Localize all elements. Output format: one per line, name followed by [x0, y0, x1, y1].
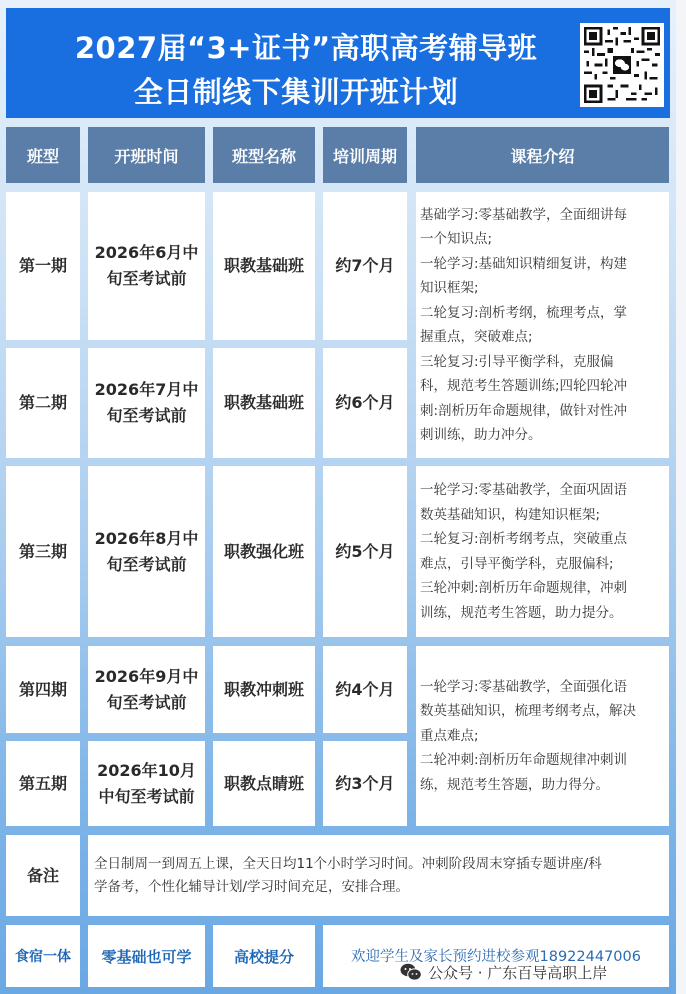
desc-line: 科，规范考生答题训练;四轮四轮冲	[420, 374, 663, 399]
header-duration: 培训周期	[323, 127, 407, 183]
title-line-1: 2027届“3+证书”高职高考辅导班	[36, 26, 576, 67]
row-3-start-time: 2026年8月中旬至考试前	[88, 466, 205, 637]
row-4-start-line-2: 旬至考试前	[95, 690, 199, 716]
notes-label: 备注	[6, 835, 80, 916]
row-5-start-line-2: 中旬至考试前	[97, 784, 196, 810]
row-4-period: 第四期	[6, 646, 80, 733]
desc-line: 二轮复习:剖析考纲考点，突破重点	[420, 527, 663, 552]
desc-line: 知识框架;	[420, 276, 663, 301]
qr-code-icon[interactable]	[580, 23, 664, 107]
course-intro-periods-1-2: 基础学习:零基础教学，全面细讲每 一个知识点; 一轮学习:基础知识精细复讲，构建…	[416, 192, 669, 458]
row-2-duration: 约6个月	[323, 348, 407, 458]
header-class-name: 班型名称	[213, 127, 315, 183]
desc-line: 二轮冲刺:剖析历年命题规律冲刺训	[420, 748, 663, 773]
row-4-start-time: 2026年9月中旬至考试前	[88, 646, 205, 733]
desc-line: 重点难点;	[420, 724, 663, 749]
row-1-period: 第一期	[6, 192, 80, 340]
row-4-duration: 约4个月	[323, 646, 407, 733]
desc-line: 基础学习:零基础教学，全面细讲每	[420, 203, 663, 228]
desc-line: 一个知识点;	[420, 227, 663, 252]
row-3-period: 第三期	[6, 466, 80, 637]
course-intro-period-3: 一轮学习:零基础教学，全面巩固语 数英基础知识，构建知识框架; 二轮复习:剖析考…	[416, 466, 669, 637]
feature-board-lodging: 食宿一体	[6, 925, 80, 987]
desc-line: 二轮复习:剖析考纲，梳理考点，掌	[420, 301, 663, 326]
row-4-start-line-1: 2026年9月中	[95, 664, 199, 690]
desc-line: 握重点，突破难点;	[420, 325, 663, 350]
row-3-start-line-1: 2026年8月中	[95, 526, 199, 552]
desc-line: 三轮冲刺:剖析历年命题规律，冲刺	[420, 576, 663, 601]
notes-line-1: 全日制周一到周五上课，全天日均11个小时学习时间。冲刺阶段周末穿插专题讲座/科	[94, 853, 602, 876]
title-line-2: 全日制线下集训开班计划	[26, 70, 566, 111]
notes-line-2: 学备考，个性化辅导计划/学习时间充足，安排合理。	[94, 876, 602, 899]
row-3-class-name: 职教强化班	[213, 466, 315, 637]
row-1-start-line-2: 旬至考试前	[95, 266, 199, 292]
desc-line: 训练，规范考生答题，助力提分。	[420, 601, 663, 626]
watermark-text: 公众号 · 广东百导高职上岸	[428, 962, 607, 983]
notes-text: 全日制周一到周五上课，全天日均11个小时学习时间。冲刺阶段周末穿插专题讲座/科 …	[88, 835, 669, 916]
desc-line: 刺训练，助力冲分。	[420, 423, 663, 448]
row-3-duration: 约5个月	[323, 466, 407, 637]
row-5-period: 第五期	[6, 741, 80, 826]
desc-line: 一轮学习:基础知识精细复讲，构建	[420, 252, 663, 277]
row-5-class-name: 职教点睛班	[213, 741, 315, 826]
wechat-watermark: 公众号 · 广东百导高职上岸	[400, 960, 607, 984]
wechat-icon	[400, 963, 422, 981]
row-1-duration: 约7个月	[323, 192, 407, 340]
feature-zero-foundation: 零基础也可学	[88, 925, 205, 987]
row-3-start-line-2: 旬至考试前	[95, 552, 199, 578]
row-2-class-name: 职教基础班	[213, 348, 315, 458]
title-banner: 2027届“3+证书”高职高考辅导班 全日制线下集训开班计划	[6, 8, 670, 118]
poster: 2027届“3+证书”高职高考辅导班 全日制线下集训开班计划	[0, 0, 676, 994]
row-5-duration: 约3个月	[323, 741, 407, 826]
feature-score-boost: 高校提分	[213, 925, 315, 987]
course-intro-periods-4-5: 一轮学习:零基础教学，全面强化语 数英基础知识，梳理考纲考点，解决 重点难点; …	[416, 646, 669, 826]
row-2-start-line-1: 2026年7月中	[95, 377, 199, 403]
header-start-time: 开班时间	[88, 127, 205, 183]
row-1-start-line-1: 2026年6月中	[95, 240, 199, 266]
row-1-class-name: 职教基础班	[213, 192, 315, 340]
desc-line: 三轮复习:引导平衡学科，克服偏	[420, 350, 663, 375]
row-5-start-line-1: 2026年10月	[97, 758, 196, 784]
desc-line: 一轮学习:零基础教学，全面强化语	[420, 675, 663, 700]
row-1-start-time: 2026年6月中旬至考试前	[88, 192, 205, 340]
row-5-start-time: 2026年10月中旬至考试前	[88, 741, 205, 826]
row-2-period: 第二期	[6, 348, 80, 458]
header-course-intro: 课程介绍	[416, 127, 669, 183]
desc-line: 一轮学习:零基础教学，全面巩固语	[420, 478, 663, 503]
desc-line: 刺:剖析历年命题规律，做针对性冲	[420, 399, 663, 424]
row-2-start-time: 2026年7月中旬至考试前	[88, 348, 205, 458]
header-class-type: 班型	[6, 127, 80, 183]
desc-line: 数英基础知识，梳理考纲考点，解决	[420, 699, 663, 724]
desc-line: 数英基础知识，构建知识框架;	[420, 503, 663, 528]
row-2-start-line-2: 旬至考试前	[95, 403, 199, 429]
desc-line: 难点，引导平衡学科，克服偏科;	[420, 552, 663, 577]
row-4-class-name: 职教冲刺班	[213, 646, 315, 733]
desc-line: 练，规范考生答题，助力得分。	[420, 773, 663, 798]
